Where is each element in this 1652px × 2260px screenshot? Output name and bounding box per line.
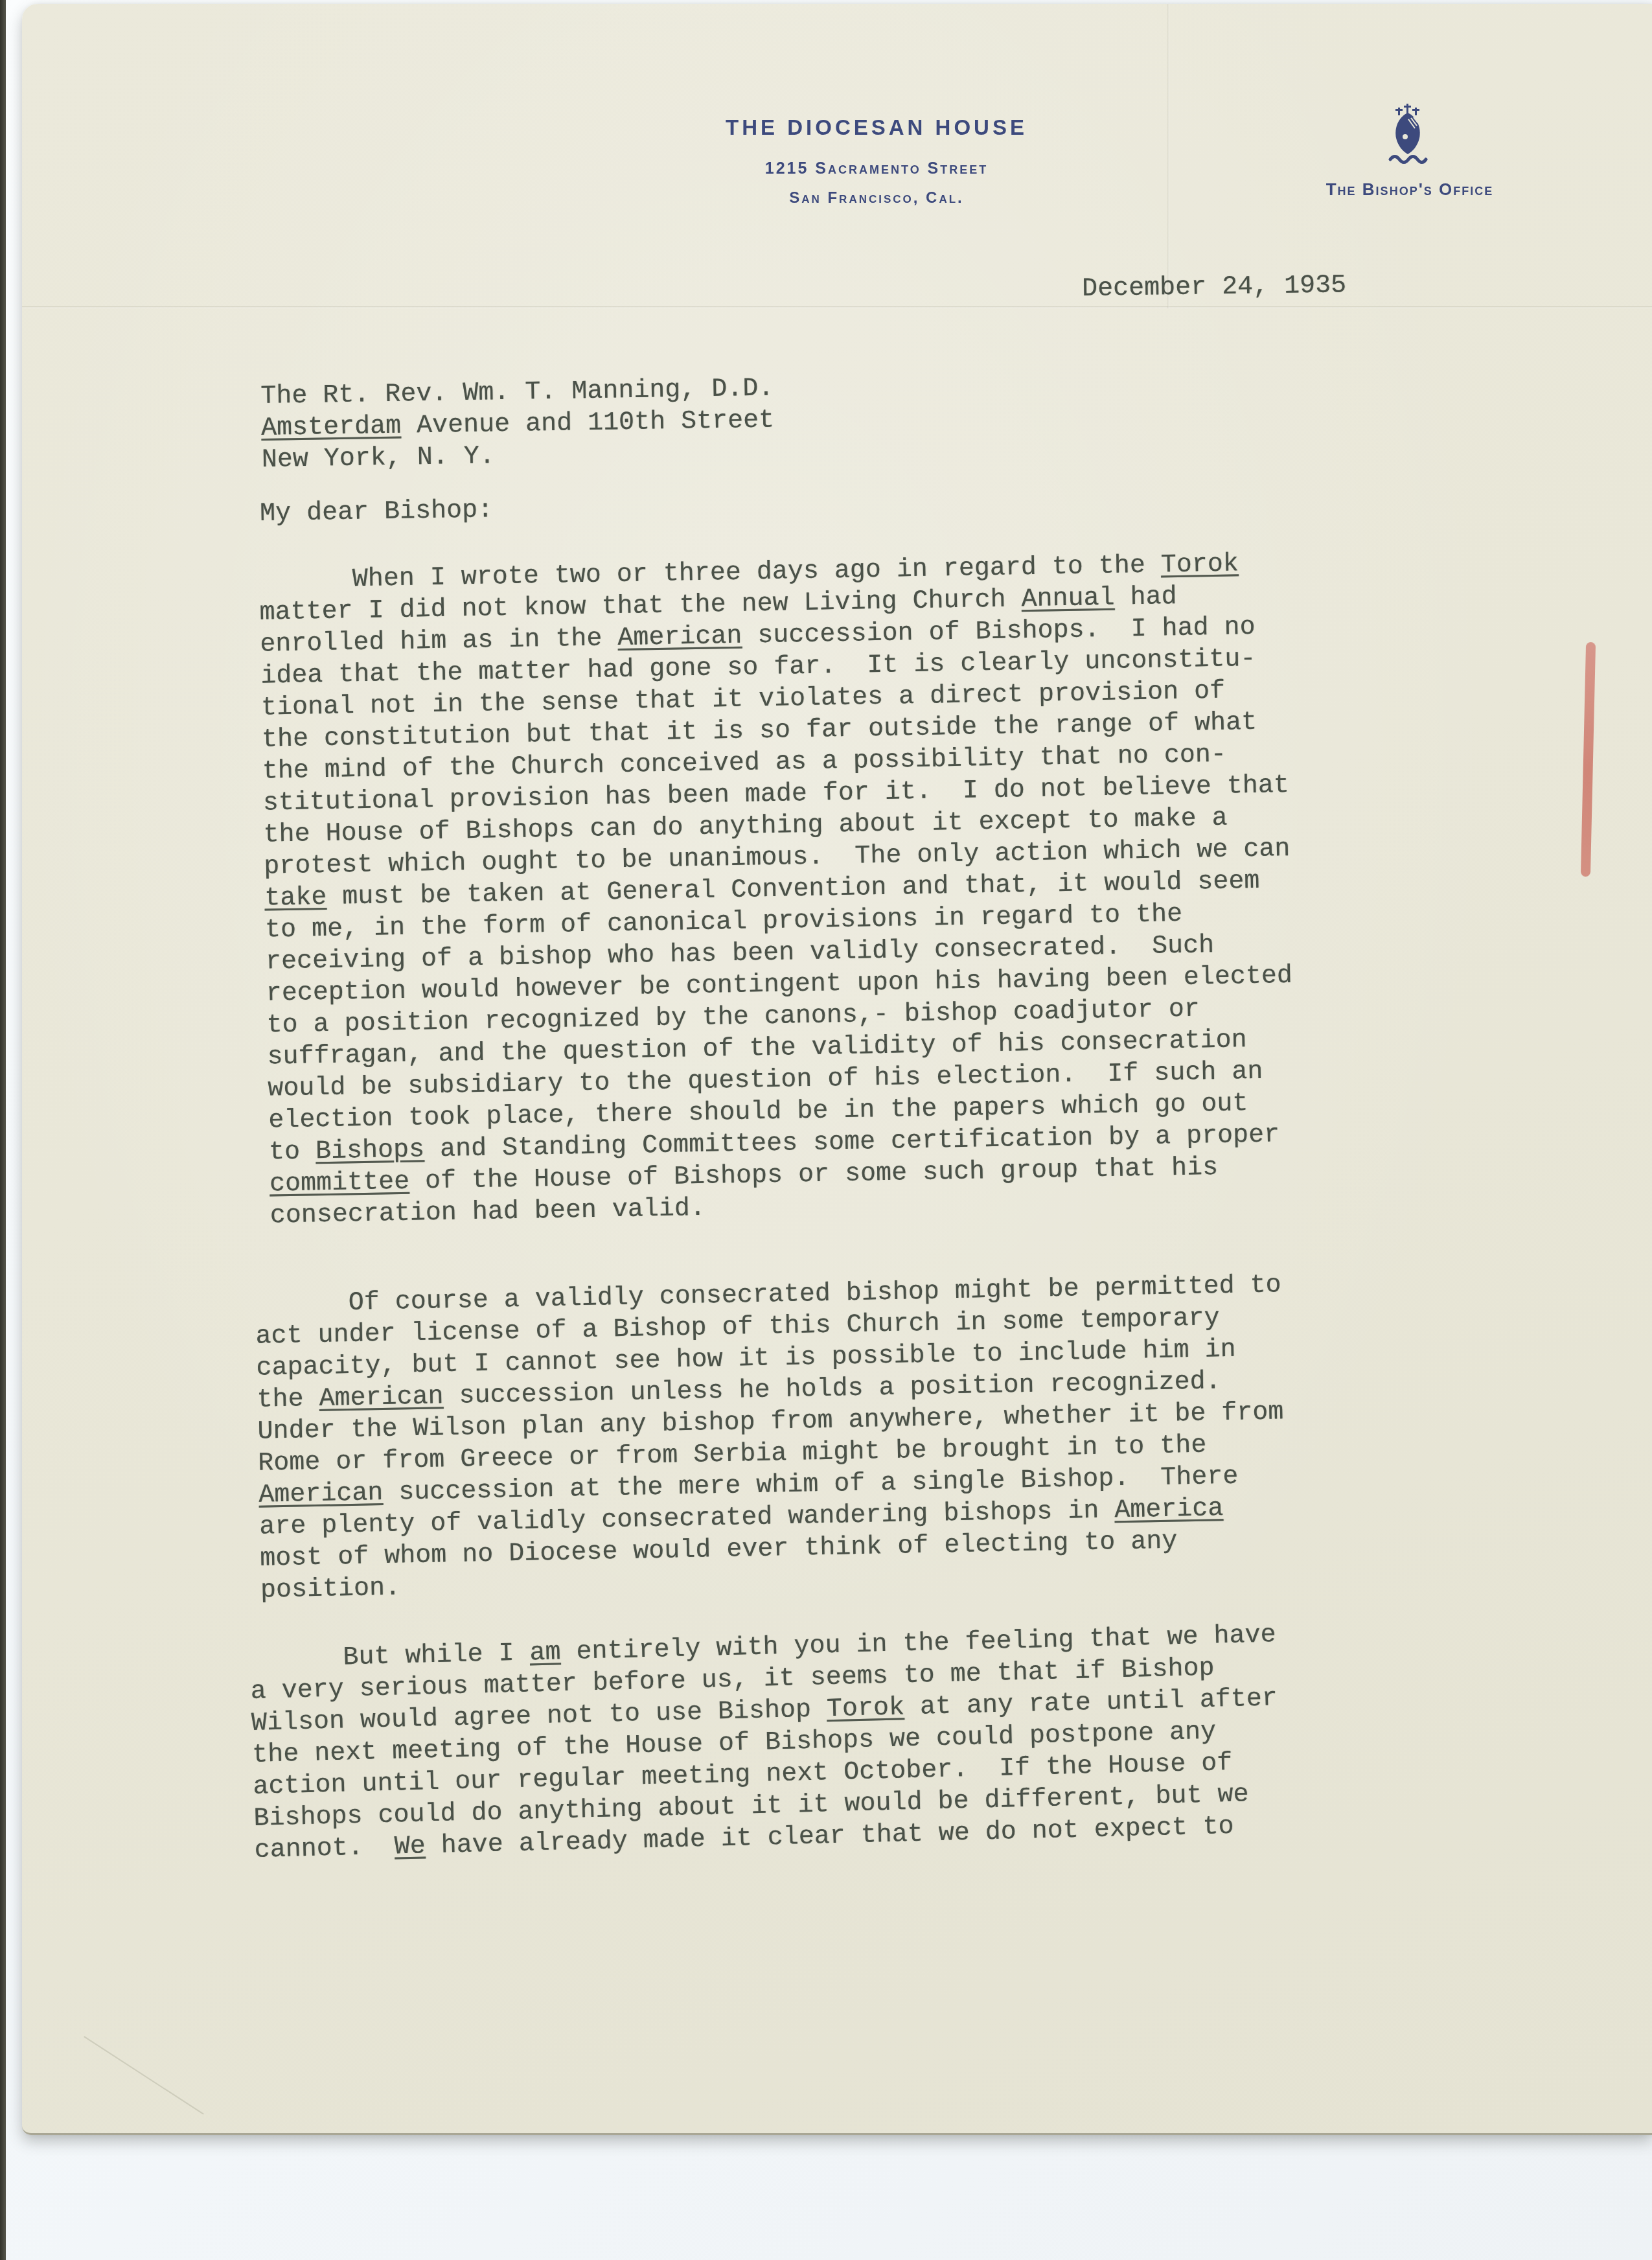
- scanner-edge-strip: [0, 0, 6, 2260]
- red-margin-mark: [1581, 642, 1596, 877]
- body-paragraph-1: When I wrote two or three days ago in re…: [258, 548, 1296, 1232]
- letterhead-street: 1215 Sacramento Street: [637, 159, 1116, 178]
- salutation: My dear Bishop:: [260, 494, 494, 530]
- corner-crease: [84, 2036, 204, 2114]
- letterhead-city: San Francisco, Cal.: [637, 189, 1116, 207]
- date-line: December 24, 1935: [1082, 270, 1347, 305]
- body-paragraph-2: Of course a validly consecrated bishop m…: [255, 1269, 1287, 1606]
- vertical-fold-crease: [1167, 4, 1169, 308]
- letterhead-organization: THE DIOCESAN HOUSE: [637, 115, 1116, 140]
- horizontal-fold-crease: [22, 306, 1652, 308]
- diocese-seal-icon: [1386, 101, 1429, 171]
- recipient-address-block: The Rt. Rev. Wm. T. Manning, D.D. Amster…: [260, 373, 775, 476]
- letterhead-office: The Bishop's Office: [1283, 180, 1537, 200]
- letter-sheet: THE DIOCESAN HOUSE 1215 Sacramento Stree…: [22, 4, 1652, 2135]
- body-paragraph-3: But while I am entirely with you in the …: [249, 1619, 1281, 1867]
